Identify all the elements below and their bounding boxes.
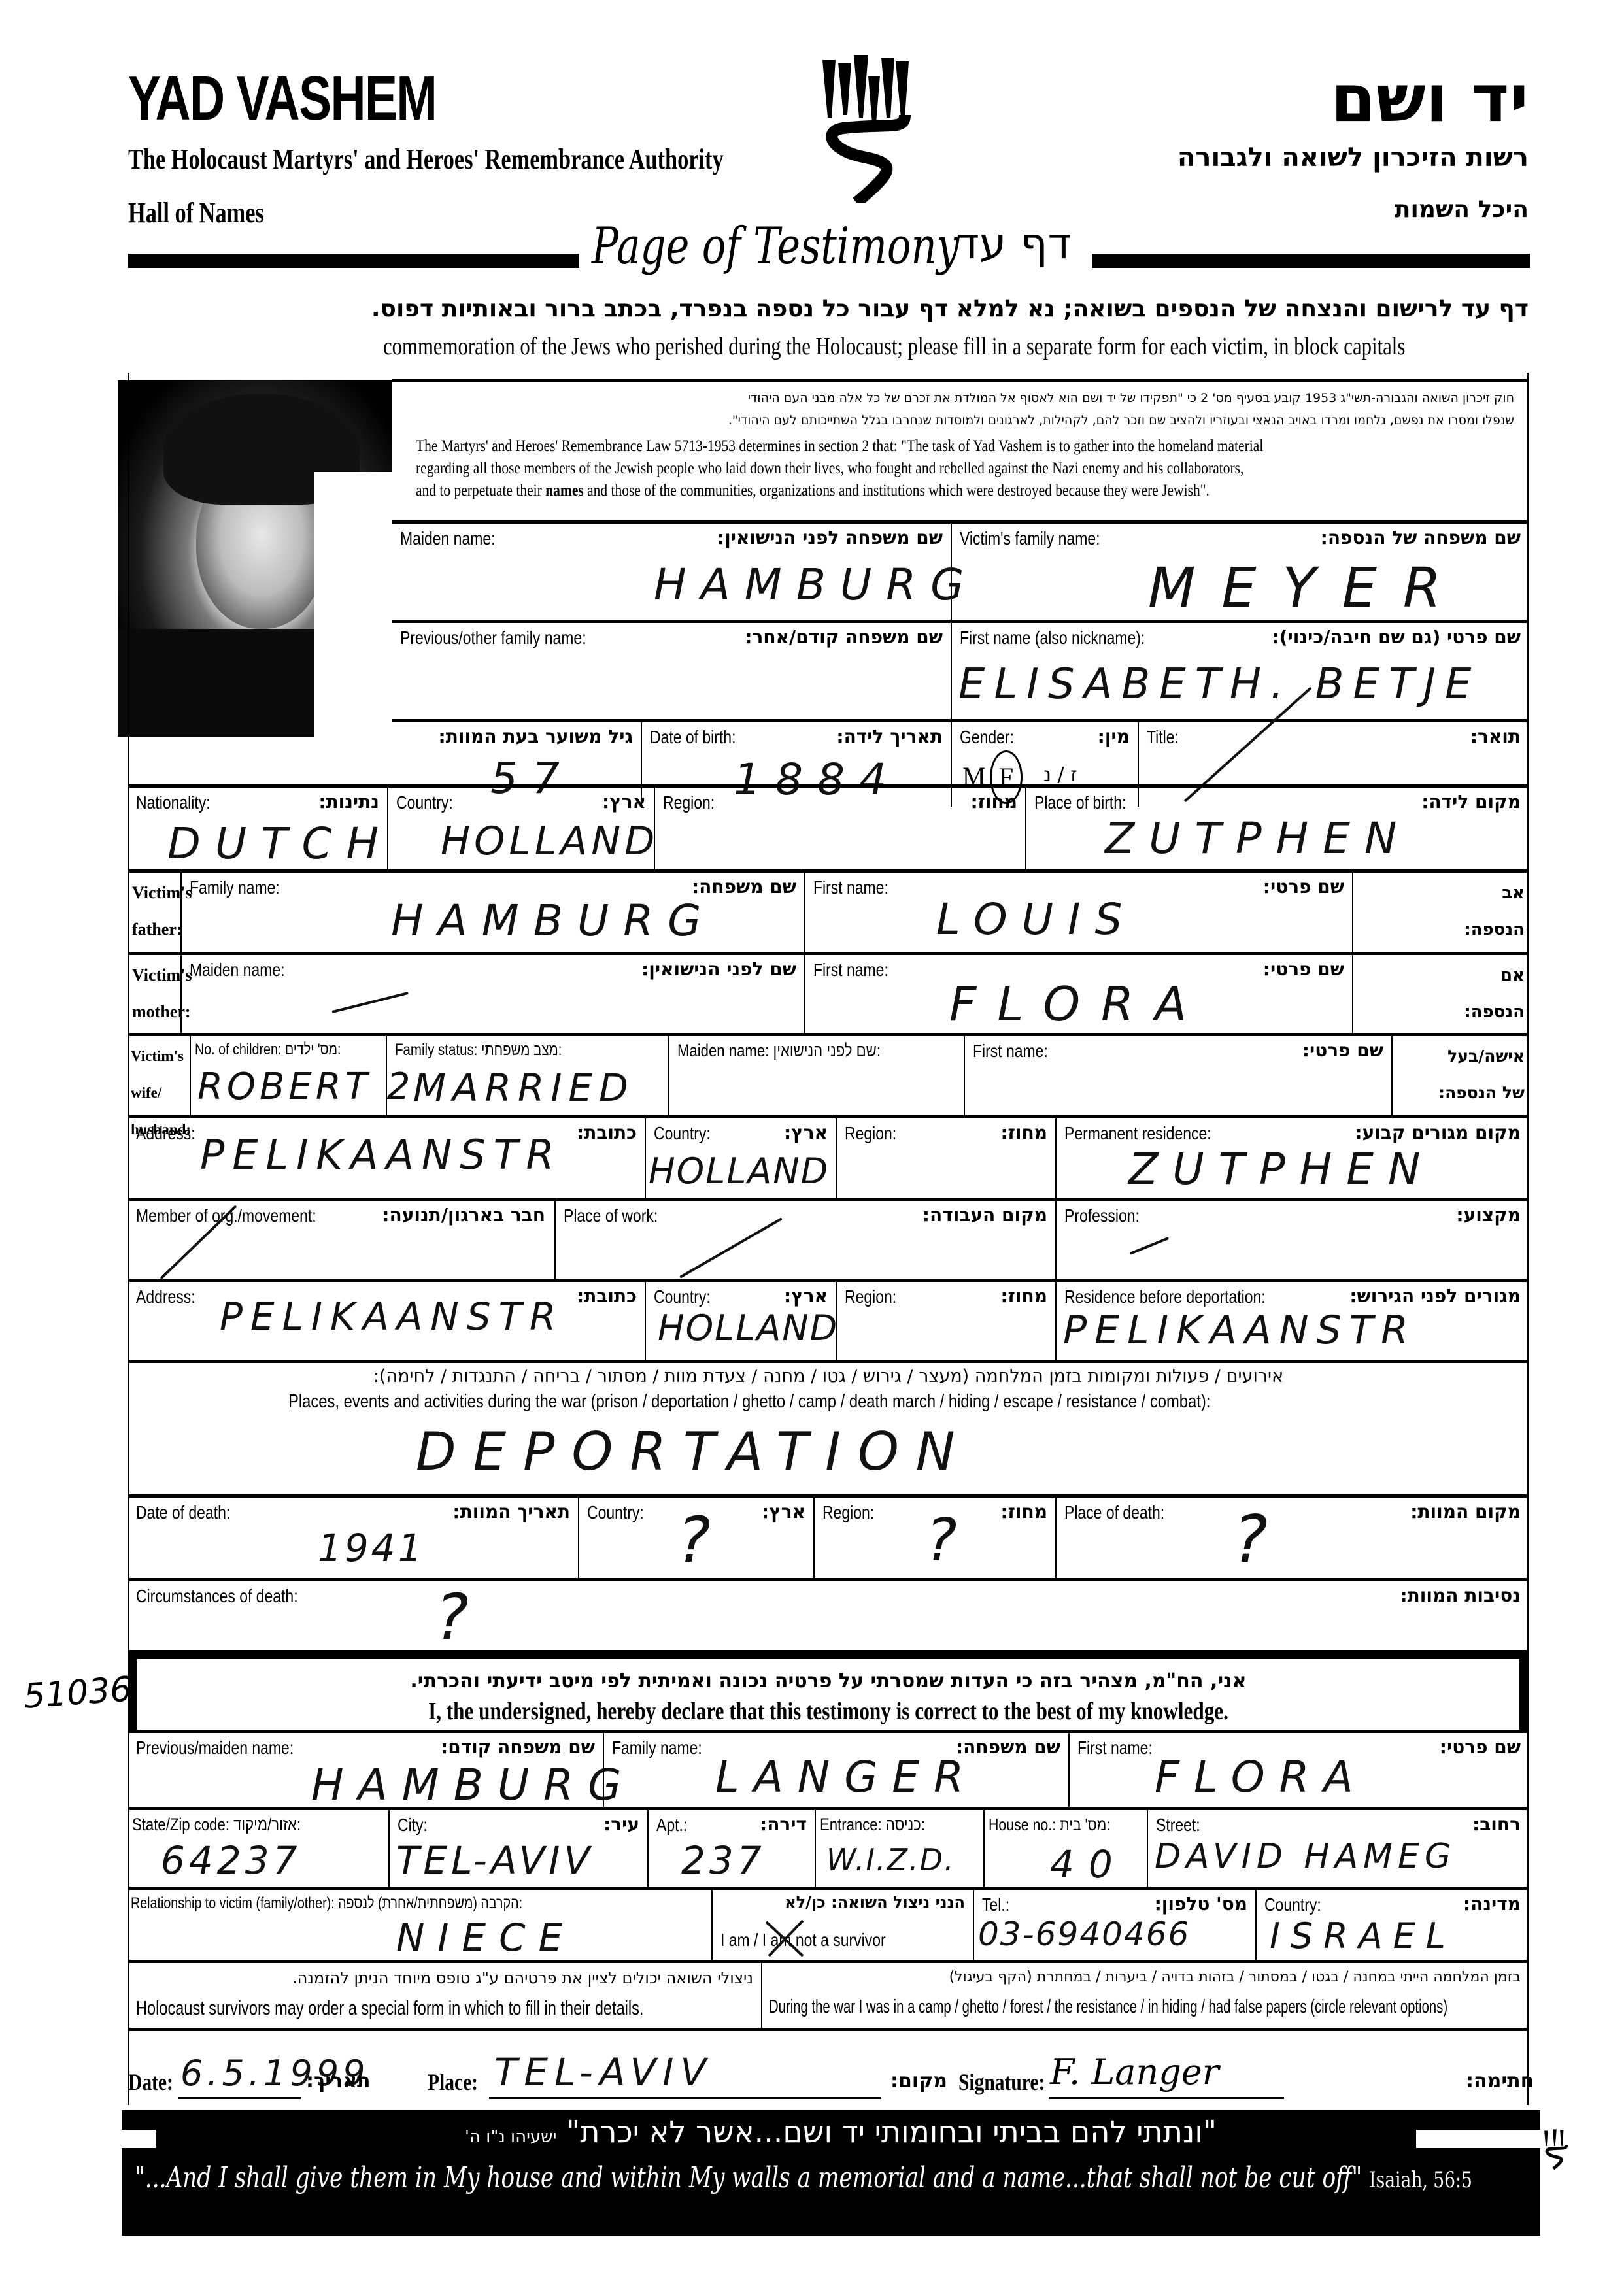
country-of-birth-field[interactable]: Country: ארץ: HOLLAND — [388, 787, 655, 871]
date-label: Date: — [128, 2068, 173, 2096]
title-bar-left — [128, 254, 579, 268]
apt-label-he: דירה: — [760, 1813, 807, 1835]
page-title-he: דף עד — [956, 218, 1072, 269]
title-label: Title: — [1147, 727, 1179, 748]
residence-country-label: Country: — [654, 1123, 711, 1144]
profession-label: Profession: — [1064, 1205, 1140, 1226]
father-first-name-field[interactable]: First name: שם פרטי: LOUIS — [805, 872, 1353, 953]
law-he-1: חוק זיכרון השואה והגבורה-תשי"ג 1953 קובע… — [748, 391, 1514, 405]
death-country-value: ? — [677, 1504, 725, 1577]
street-label: Street: — [1156, 1815, 1200, 1836]
place-of-death-field[interactable]: Place of death: מקום המוות: ? — [1057, 1497, 1529, 1578]
submitter-family-label: Family name: — [612, 1738, 702, 1758]
father-family-value: HAMBURG — [391, 896, 715, 946]
law-en-2: regarding all those members of the Jewis… — [416, 458, 1263, 480]
mother-side-label: Victim's mother: — [128, 954, 182, 1034]
deport-country-label-he: ארץ: — [784, 1285, 828, 1307]
submitter-country-label-he: מדינה: — [1463, 1893, 1521, 1915]
law-en-3c: and those of the communities, organizati… — [584, 482, 1210, 499]
note-left-en: Holocaust survivors may order a special … — [136, 1996, 643, 2020]
death-country-label-he: ארץ: — [762, 1501, 805, 1522]
circumstances-label: Circumstances of death: — [136, 1586, 298, 1607]
spouse-side-label: Victim's wife/ husband: — [128, 1035, 191, 1117]
rule — [128, 2028, 1529, 2031]
declaration-he: אני, הח"מ, מצהיר בזה כי העדות שמסרתי על … — [137, 1670, 1519, 1692]
mother-first-name-field[interactable]: First name: שם פרטי: FLORA — [805, 954, 1353, 1034]
place-label-he: מקום: — [890, 2070, 947, 2093]
signature-label-he: חתימה: — [1466, 2070, 1534, 2093]
declaration-box: אני, הח"מ, מצהיר בזה כי העדות שמסרתי על … — [128, 1650, 1529, 1732]
residence-country-field[interactable]: Country: ארץ: HOLLAND — [646, 1118, 837, 1199]
date-input-line[interactable] — [178, 2094, 301, 2099]
mother-maiden-label: Maiden name: — [190, 960, 284, 981]
org-name-he: יד ושם — [1330, 60, 1529, 137]
profession-blank-stroke — [1129, 1237, 1169, 1255]
mother-first-label: First name: — [813, 960, 888, 981]
telephone-field[interactable]: Tel.: מס' טלפון: 03-6940466 — [974, 1889, 1257, 1961]
place-input-line[interactable] — [489, 2094, 881, 2099]
submitter-country-label: Country: — [1264, 1894, 1321, 1915]
place-of-work-blank-stroke — [679, 1217, 783, 1278]
residence-before-label-he: מגורים לפני הגירוש: — [1349, 1285, 1521, 1307]
date-of-death-label-he: תאריך המוות: — [452, 1501, 570, 1522]
region-label: Region: — [663, 792, 715, 813]
address-value: PELIKAANSTR — [200, 1131, 562, 1179]
place-of-birth-label-he: מקום לידה: — [1421, 791, 1521, 813]
tel-label: Tel.: — [982, 1894, 1009, 1915]
place-of-death-label-he: מקום המוות: — [1410, 1501, 1521, 1522]
place-label: Place: — [428, 2068, 478, 2096]
deport-address-value: PELIKAANSTR — [220, 1294, 564, 1339]
city-field[interactable]: City: עיר: TEL-AVIV — [390, 1809, 649, 1887]
apt-value: 237 — [681, 1838, 766, 1883]
permanent-residence-value: ZUTPHEN — [1128, 1144, 1434, 1194]
spouse-first-label: First name: — [973, 1041, 1048, 1062]
permanent-residence-label-he: מקום מגורים קבוע: — [1355, 1122, 1521, 1143]
death-country-field[interactable]: Country: ארץ: ? — [579, 1497, 815, 1578]
deport-address-field[interactable]: Address: כתובת: PELIKAANSTR — [128, 1281, 646, 1361]
spouse-side-he-2: של הנספה: — [1438, 1075, 1525, 1111]
apt-field[interactable]: Apt.: דירה: 237 — [649, 1809, 816, 1887]
law-en-1: The Martyrs' and Heroes' Remembrance Law… — [416, 435, 1263, 458]
street-value: DAVID HAMEG — [1155, 1837, 1456, 1876]
intro-he: דף עד לרישום והנצחה של הנספים בשואה; נא … — [371, 295, 1529, 322]
zip-label: State/Zip code: אזור/מיקוד: — [132, 1815, 301, 1835]
law-en-names: names — [545, 482, 584, 499]
spouse-maiden-name-field[interactable]: Maiden name: שם לפני הנישואין: — [669, 1035, 965, 1117]
entrance-label: Entrance: כניסה: — [820, 1815, 925, 1835]
submitter-first-value: FLORA — [1155, 1752, 1368, 1802]
family-name-value: MEYER — [1148, 556, 1467, 620]
submitter-country-value: ISRAEL — [1270, 1915, 1456, 1957]
house-number-label: House no.: מס' בית: — [989, 1815, 1110, 1835]
spouse-first-label-he: שם פרטי: — [1302, 1039, 1383, 1061]
note-right-en: During the war I was in a camp / ghetto … — [769, 1996, 1447, 2018]
death-country-label: Country: — [587, 1502, 644, 1523]
nationality-label-he: נתינות: — [318, 791, 379, 813]
place-of-work-label-he: מקום העבודה: — [922, 1204, 1047, 1226]
survivor-field[interactable]: הנני ניצול השואה: כן/לא I am / I am not … — [713, 1889, 974, 1961]
family-status-field[interactable]: Family status: מצב משפחתי: MARRIED — [387, 1035, 669, 1117]
father-first-label-he: שם פרטי: — [1263, 876, 1344, 898]
spouse-side-en-1: Victim's wife/ — [131, 1038, 191, 1111]
residence-before-value: PELIKAANSTR — [1063, 1307, 1416, 1353]
authority-en: The Holocaust Martyrs' and Heroes' Remem… — [128, 143, 724, 176]
deport-country-field[interactable]: Country: ארץ: HOLLAND — [646, 1281, 837, 1361]
footer-quote-band: "ונתתי להם בביתי ובחומותי יד ושם...אשר ל… — [122, 2110, 1540, 2236]
nationality-field[interactable]: Nationality: נתינות: DUTCH — [128, 787, 388, 871]
signature-label: Signature: — [958, 2068, 1045, 2096]
address-label-he: כתובת: — [577, 1122, 637, 1143]
deport-country-label: Country: — [654, 1286, 711, 1307]
age-label-he: גיל משוער בעת המוות: — [439, 726, 633, 747]
war-status-note: בזמן המלחמה הייתי במחנה / בגטו / במסתור … — [762, 1962, 1529, 2028]
city-label: City: — [398, 1815, 428, 1836]
death-region-label: Region: — [822, 1502, 874, 1523]
family-status-value: MARRIED — [413, 1066, 635, 1110]
city-value: TEL-AVIV — [396, 1838, 594, 1883]
signature-value: F. Langer — [1050, 2051, 1219, 2093]
death-region-label-he: מחוז: — [1000, 1501, 1047, 1522]
profession-field[interactable]: Profession: מקצוע: — [1057, 1200, 1529, 1280]
spouse-side-label-he: אישה/בעל של הנספה: — [1393, 1035, 1529, 1117]
submitter-prev-label-he: שם משפחה קודם: — [441, 1736, 595, 1758]
place-of-work-label: Place of work: — [564, 1205, 658, 1226]
date-of-death-field[interactable]: Date of death: תאריך המוות: 1941 — [128, 1497, 579, 1578]
war-events-field[interactable]: אירועים / פעולות ומקומות בזמן המלחמה (מע… — [128, 1362, 1529, 1494]
hall-of-names-en: Hall of Names — [128, 196, 264, 229]
profession-label-he: מקצוע: — [1456, 1204, 1521, 1226]
first-name-label: First name (also nickname): — [960, 628, 1145, 648]
nationality-label: Nationality: — [136, 792, 211, 813]
maiden-name-label: Maiden name: — [400, 528, 495, 549]
spouse-maiden-label: Maiden name: שם לפני הנישואין: — [677, 1041, 881, 1061]
relationship-label: Relationship to victim (family/other): ה… — [131, 1894, 522, 1913]
circumstances-of-death-field[interactable]: Circumstances of death: נסיבות המוות: ? — [128, 1581, 1529, 1651]
permanent-residence-label: Permanent residence: — [1064, 1123, 1211, 1144]
law-he-2: שנפלו ומסרו את נפשם, נלחמו ומרדו באויב ה… — [728, 413, 1514, 428]
family-status-label: Family status: מצב משפחתי: — [395, 1041, 562, 1060]
city-label-he: עיר: — [603, 1813, 639, 1835]
war-label-en: Places, events and activities during the… — [288, 1391, 1210, 1413]
submitter-prev-name-field[interactable]: Previous/maiden name: שם משפחה קודם: HAM… — [128, 1732, 604, 1807]
signature-row: Date: 6.5.1999 תאריך: Place: TEL-AVIV מק… — [128, 2053, 1529, 2105]
address-field[interactable]: Address: כתובת: PELIKAANSTR — [128, 1118, 646, 1199]
deport-region-label-he: מחוז: — [1000, 1285, 1047, 1307]
father-side-label: Victim's father: — [128, 872, 182, 953]
children-label: No. of children: מס' ילדים: — [195, 1041, 341, 1059]
gender-label: Gender: — [960, 727, 1014, 748]
mother-side-he-1: אם — [1464, 957, 1525, 994]
house-number-value: 40 — [1050, 1842, 1127, 1887]
children-value: ROBERT 2 — [197, 1066, 414, 1108]
residence-before-label: Residence before deportation: — [1064, 1286, 1266, 1307]
relationship-value: NIECE — [396, 1915, 575, 1960]
gender-label-he: מין: — [1098, 726, 1130, 747]
footer-quote-he: "ונתתי להם בביתי ובחומותי יד ושם...אשר ל… — [279, 2114, 1403, 2149]
submitter-family-name-field[interactable]: Family name: שם משפחה: LANGER — [604, 1732, 1070, 1807]
deport-region-label: Region: — [845, 1286, 896, 1307]
mother-first-value: FLORA — [949, 977, 1208, 1032]
title-bar-right — [1092, 254, 1530, 268]
death-region-value: ? — [926, 1506, 972, 1575]
street-label-he: רחוב: — [1472, 1813, 1521, 1835]
date-of-death-label: Date of death: — [136, 1502, 230, 1523]
family-name-field[interactable]: Victim's family name: שם משפחה של הנספה:… — [952, 523, 1529, 621]
father-side-he-1: אב — [1464, 875, 1525, 911]
mother-maiden-label-he: שם לפני הנישואין: — [641, 958, 796, 980]
mother-maiden-blank-stroke — [332, 992, 409, 1013]
yad-vashem-menorah-logo-icon — [817, 52, 915, 203]
residence-before-deportation-field[interactable]: Residence before deportation: מגורים לפנ… — [1057, 1281, 1529, 1361]
member-org-field[interactable]: Member of org./movement: חבר בארגון/תנוע… — [128, 1200, 556, 1280]
maiden-name-value: HAMBURG — [654, 560, 978, 610]
war-label-he: אירועים / פעולות ומקומות בזמן המלחמה (מע… — [128, 1366, 1529, 1387]
war-value: DEPORTATION — [416, 1421, 972, 1482]
declaration-en: I, the undersigned, hereby declare that … — [262, 1697, 1395, 1726]
death-region-field[interactable]: Region: מחוז: ? — [815, 1497, 1057, 1578]
circumstances-label-he: נסיבות המוות: — [1400, 1585, 1521, 1606]
place-value: TEL-AVIV — [494, 2050, 713, 2094]
residence-region-label: Region: — [845, 1123, 896, 1144]
previous-name-field[interactable]: Previous/other family name: שם משפחה קוד… — [392, 622, 952, 719]
submitter-first-name-field[interactable]: First name: שם פרטי: FLORA — [1070, 1732, 1529, 1807]
family-name-label-he: שם משפחה של הנספה: — [1321, 527, 1521, 548]
gender-options-he: ז / נ — [1043, 764, 1077, 786]
date-of-death-value: 1941 — [318, 1526, 425, 1570]
zip-field[interactable]: State/Zip code: אזור/מיקוד: 64237 — [128, 1809, 390, 1887]
place-of-death-value: ? — [1233, 1501, 1282, 1577]
note-right-he: בזמן המלחמה הייתי במחנה / בגטו / במסתור … — [949, 1969, 1521, 1985]
authority-he: רשות הזיכרון לשואה ולגבורה — [1177, 143, 1529, 173]
country-label-he: ארץ: — [602, 791, 646, 813]
dob-label-he: תאריך לידה: — [836, 726, 943, 747]
place-of-birth-label: Place of birth: — [1034, 792, 1126, 813]
tel-label-he: מס' טלפון: — [1155, 1893, 1247, 1915]
apt-label: Apt.: — [656, 1815, 687, 1836]
region-field[interactable]: Region: מחוז: — [655, 787, 1026, 871]
submitter-first-label: First name: — [1077, 1738, 1153, 1758]
residence-country-label-he: ארץ: — [784, 1122, 828, 1143]
street-field[interactable]: Street: רחוב: DAVID HAMEG — [1148, 1809, 1529, 1887]
survivor-form-note: ניצולי השואה יכולים לציין את פרטיהם ע"ג … — [128, 1962, 762, 2028]
submitter-first-label-he: שם פרטי: — [1440, 1736, 1521, 1758]
spouse-side-he-1: אישה/בעל — [1438, 1038, 1525, 1075]
submitter-family-value: LANGER — [715, 1752, 978, 1802]
circumstances-value: ? — [435, 1581, 483, 1654]
strike-x-icon — [764, 1918, 807, 1958]
law-box: חוק זיכרון השואה והגבורה-תשי"ג 1953 קובע… — [392, 379, 1529, 524]
address-label: Address: — [136, 1123, 195, 1144]
entrance-value: W.I.Z.D. — [826, 1842, 955, 1877]
hall-of-names-he: היכל השמות — [1395, 196, 1529, 223]
mother-side-label-he: אם הנספה: — [1353, 954, 1529, 1034]
father-side-label-he: אב הנספה: — [1353, 872, 1529, 953]
margin-archive-number: 51036 — [22, 1670, 133, 1716]
first-name-value: ELISABETH. BETJE — [958, 660, 1480, 709]
region-label-he: מחוז: — [970, 791, 1017, 813]
signature-input-line[interactable] — [1049, 2094, 1284, 2099]
deport-region-field[interactable]: Region: מחוז: — [837, 1281, 1057, 1361]
spouse-first-name-field[interactable]: First name: שם פרטי: — [965, 1035, 1393, 1117]
father-family-name-field[interactable]: Family name: שם משפחה: HAMBURG — [182, 872, 805, 953]
footer-quote-en: "...And I shall give them in My house an… — [135, 2161, 1472, 2194]
father-first-label: First name: — [813, 877, 888, 898]
previous-name-label: Previous/other family name: — [400, 628, 586, 648]
place-of-birth-value: ZUTPHEN — [1105, 813, 1411, 864]
maiden-name-label-he: שם משפחה לפני הנישואין: — [717, 527, 943, 548]
permanent-residence-field[interactable]: Permanent residence: מקום מגורים קבוע: Z… — [1057, 1118, 1529, 1199]
family-name-label: Victim's family name: — [960, 528, 1100, 549]
children-field[interactable]: No. of children: מס' ילדים: ROBERT 2 — [191, 1035, 387, 1117]
page-title-en: Page of Testimony — [592, 217, 959, 276]
residence-region-label-he: מחוז: — [1000, 1122, 1047, 1143]
nationality-value: DUTCH — [167, 818, 393, 869]
entrance-field[interactable]: Entrance: כניסה: W.I.Z.D. — [816, 1809, 985, 1887]
dob-label: Date of birth: — [650, 727, 736, 748]
place-of-birth-field[interactable]: Place of birth: מקום לידה: ZUTPHEN — [1026, 787, 1529, 871]
father-family-label: Family name: — [190, 877, 280, 898]
first-name-label-he: שם פרטי (גם שם חיבה/כינוי): — [1272, 626, 1521, 648]
title-label-he: תואר: — [1470, 726, 1521, 747]
submitter-country-field[interactable]: Country: מדינה: ISRAEL — [1257, 1889, 1529, 1961]
house-number-field[interactable]: House no.: מס' בית: 40 — [985, 1809, 1148, 1887]
small-menorah-logo-icon — [1543, 2126, 1569, 2172]
deport-address-label-he: כתובת: — [577, 1285, 637, 1307]
law-en-3a: and to perpetuate their — [416, 482, 545, 499]
deport-address-label: Address: — [136, 1286, 195, 1307]
mother-first-label-he: שם פרטי: — [1263, 958, 1344, 980]
intro-en: commemoration of the Jews who perished d… — [383, 332, 1405, 361]
relationship-field[interactable]: Relationship to victim (family/other): ה… — [128, 1889, 713, 1961]
tel-value: 03-6940466 — [978, 1915, 1190, 1953]
father-side-he-2: הנספה: — [1464, 911, 1525, 948]
first-name-field[interactable]: First name (also nickname): שם פרטי (גם … — [952, 622, 1529, 719]
member-org-label-he: חבר בארגון/תנועה: — [382, 1204, 545, 1226]
deport-country-value: HOLLAND — [658, 1307, 838, 1349]
father-family-label-he: שם משפחה: — [692, 876, 796, 898]
father-first-value: LOUIS — [936, 894, 1136, 945]
date-label-he: תאריך: — [306, 2070, 371, 2093]
residence-region-field[interactable]: Region: מחוז: — [837, 1118, 1057, 1199]
zip-value: 64237 — [161, 1838, 301, 1883]
note-left-he: ניצולי השואה יכולים לציין את פרטיהם ע"ג … — [292, 1969, 753, 1987]
country-value: HOLLAND — [441, 818, 658, 864]
residence-country-value: HOLLAND — [649, 1151, 829, 1192]
place-of-death-label: Place of death: — [1064, 1502, 1164, 1523]
org-name-en: YAD VASHEM — [128, 63, 436, 135]
country-label: Country: — [396, 792, 453, 813]
previous-name-label-he: שם משפחה קודם/אחר: — [745, 626, 943, 648]
mother-side-he-2: הנספה: — [1464, 994, 1525, 1030]
submitter-prev-label: Previous/maiden name: — [136, 1738, 294, 1758]
submitter-prev-value: HAMBURG — [311, 1760, 635, 1810]
maiden-name-field[interactable]: Maiden name: שם משפחה לפני הנישואין: HAM… — [392, 523, 952, 621]
mother-maiden-name-field[interactable]: Maiden name: שם לפני הנישואין: — [182, 954, 805, 1034]
survivor-label-he: הנני ניצול השואה: כן/לא — [785, 1893, 965, 1911]
place-of-work-field[interactable]: Place of work: מקום העבודה: — [556, 1200, 1057, 1280]
